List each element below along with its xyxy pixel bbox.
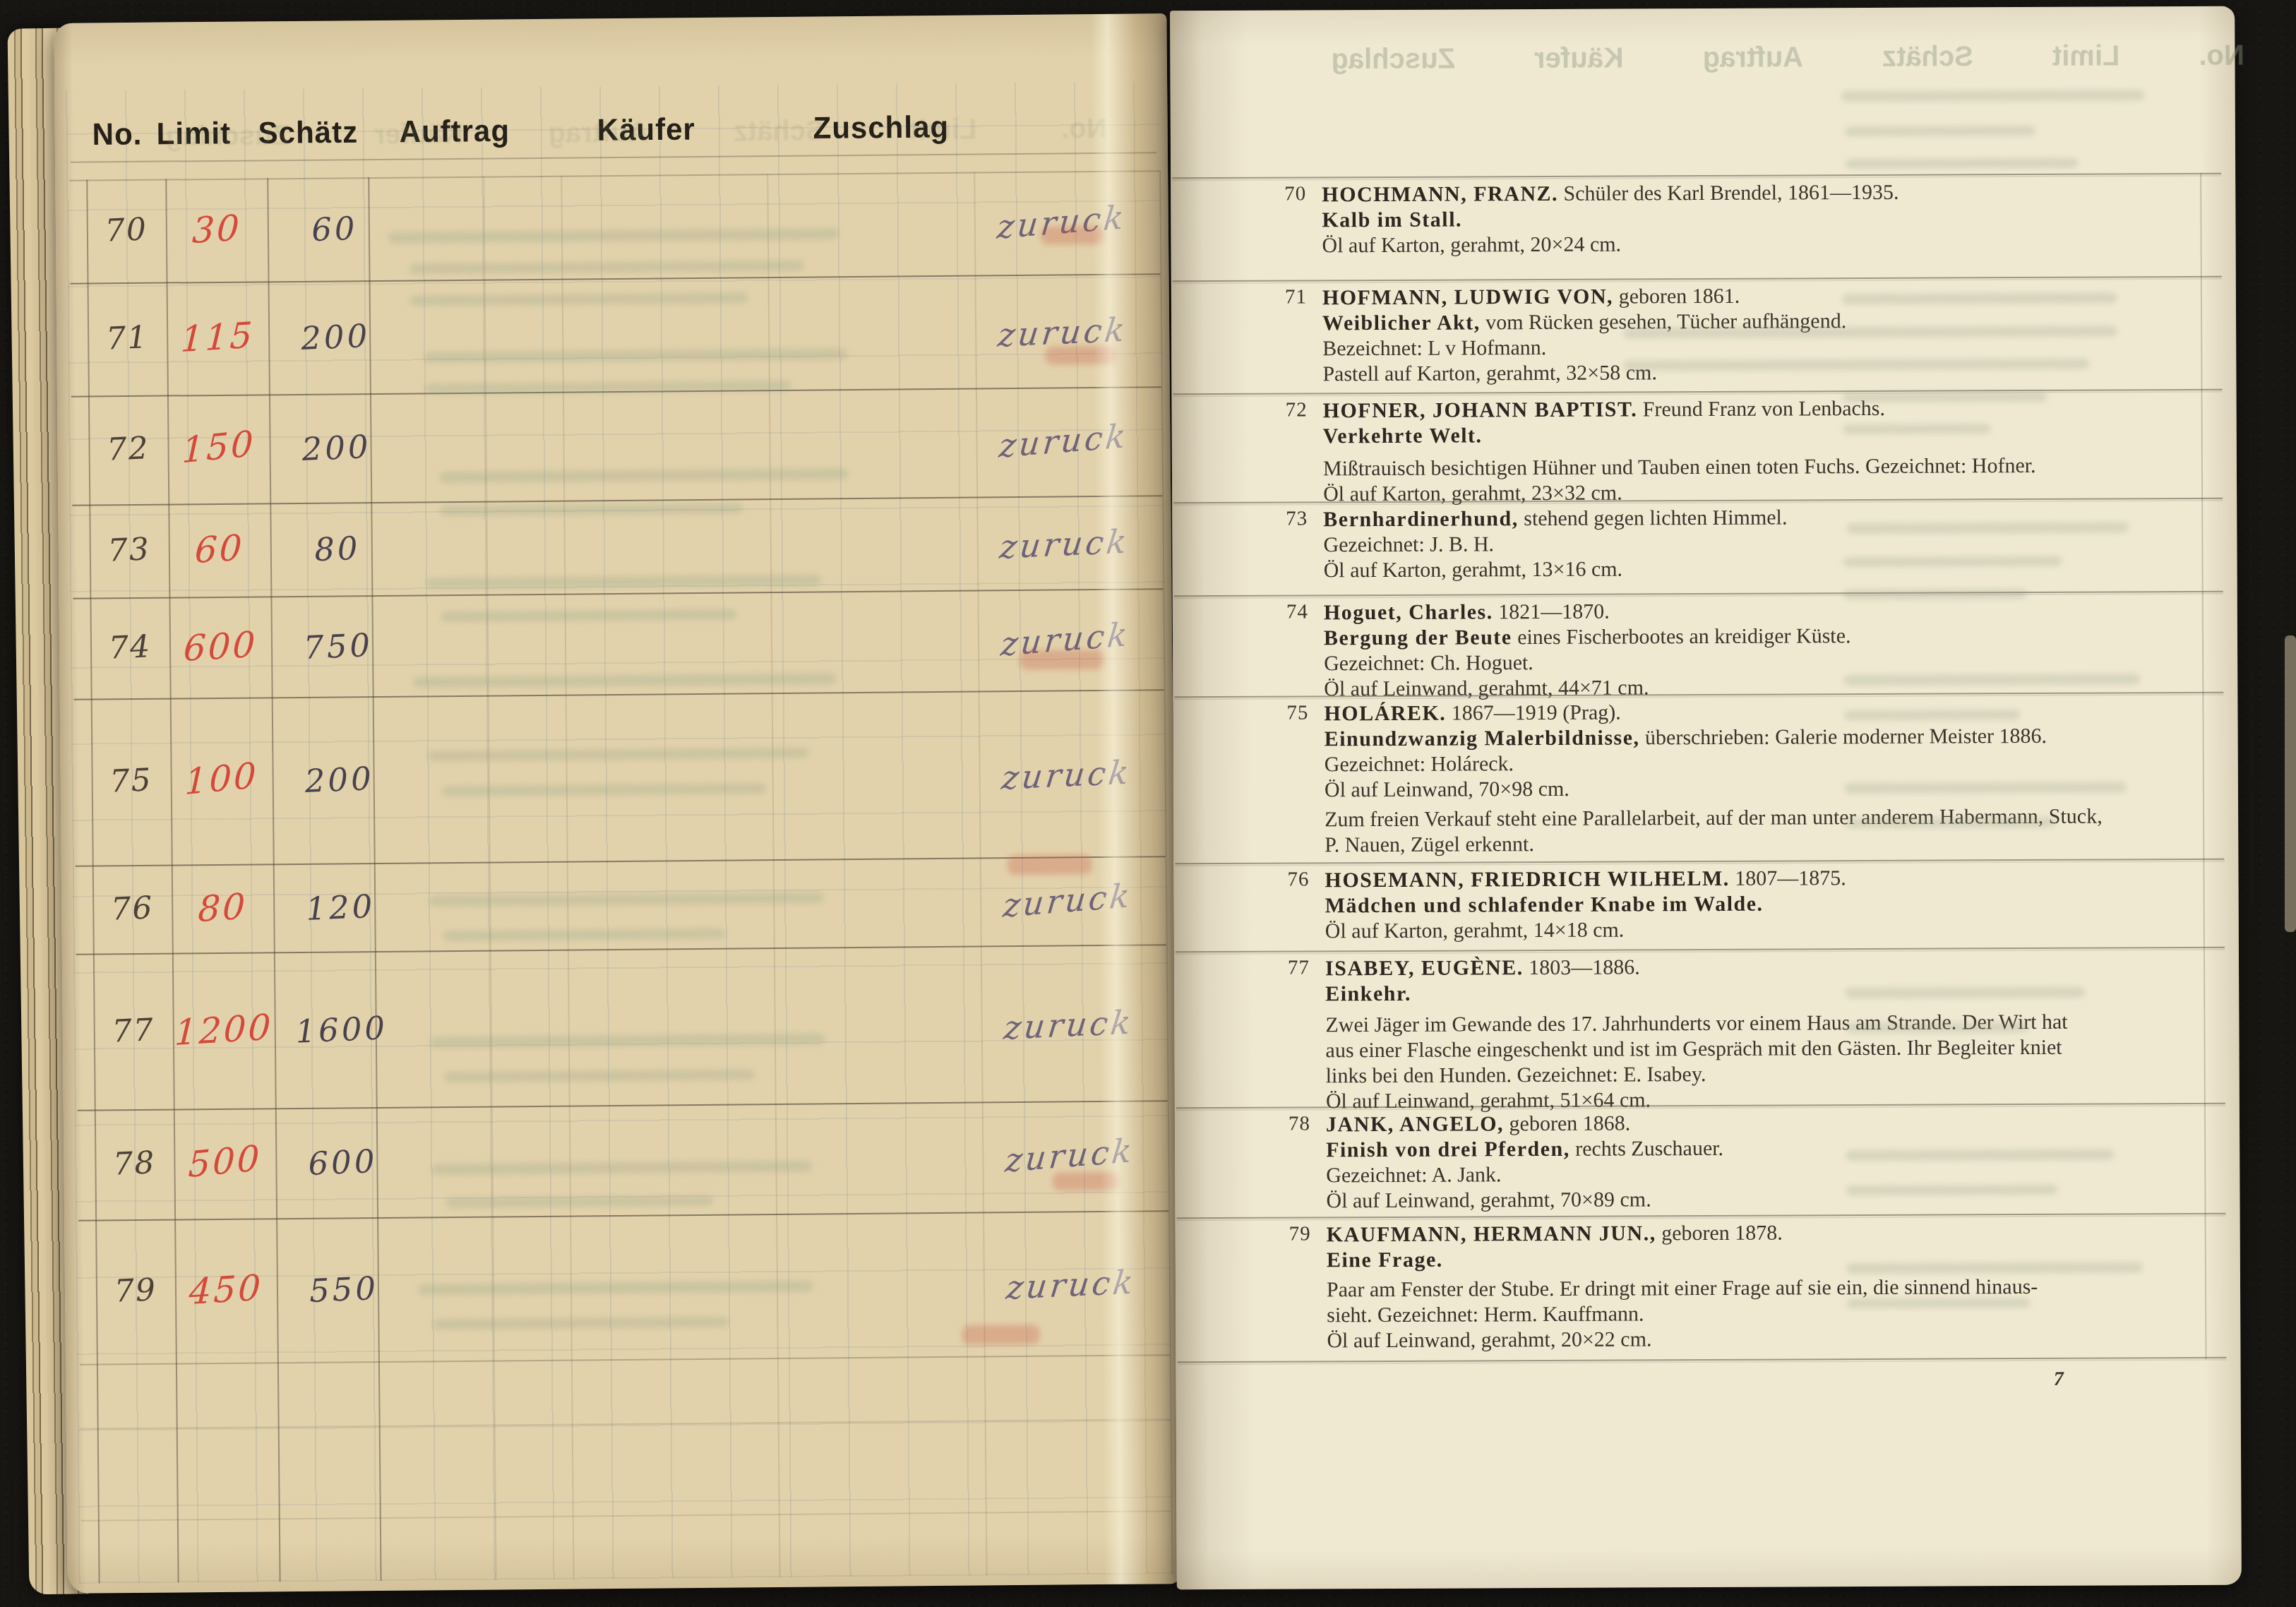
row-zuschlag-note: zuruck — [969, 752, 1164, 799]
entry-line-regular: Mißtrauisch besichtigen Hühner und Taube… — [1323, 454, 2036, 480]
entry-line: HOLÁREK. 1867—1919 (Prag). — [1324, 698, 2129, 727]
entry-line: Öl auf Karton, gerahmt, 23×32 cm. — [1323, 478, 2128, 507]
ruled-line — [1172, 173, 2221, 179]
entry-line-regular: Öl auf Leinwand, gerahmt, 51×64 cm. — [1326, 1088, 1651, 1113]
entry-line-bold: HOFNER, JOHANN BAPTIST. — [1323, 398, 1638, 422]
row-limit-value: 60 — [168, 525, 271, 573]
catalog-entry: 78 JANK, ANGELO, geboren 1868. Finish vo… — [1175, 1109, 2240, 1218]
row-no-value: 75 — [91, 761, 172, 801]
entry-line-regular: Zwei Jäger im Gewande des 17. Jahrhunder… — [1325, 1010, 2067, 1037]
entry-text: ISABEY, EUGÈNE. 1803—1886. Einkehr. Zwei… — [1325, 952, 2131, 1114]
next-page-edge — [2285, 635, 2296, 932]
entry-text: HOCHMANN, FRANZ. Schüler des Karl Brende… — [1322, 179, 2127, 258]
entry-line-bold: HOSEMANN, FRIEDRICH WILHELM. — [1325, 867, 1729, 892]
entry-line-regular: 1821—1870. — [1493, 600, 1610, 624]
entry-line: ISABEY, EUGÈNE. 1803—1886. — [1325, 952, 2130, 981]
entry-line: Mädchen und schlafender Knabe im Walde. — [1325, 890, 2130, 919]
entry-line-bold: ISABEY, EUGÈNE. — [1325, 956, 1524, 980]
bleedthrough-header-label: No. — [1061, 113, 1107, 145]
row-no-value: 77 — [93, 1011, 174, 1051]
entry-text: JANK, ANGELO, geboren 1868. Finish von d… — [1326, 1109, 2131, 1214]
catalog-entry: 71 HOFMANN, LUDWIG VON, geboren 1861. We… — [1171, 282, 2237, 394]
row-schaetz-value: 1600 — [274, 1008, 409, 1051]
ledger-row: 78 500 600 zuruck — [64, 1100, 1177, 1220]
column-header: Schätz — [258, 114, 358, 150]
entry-line: Paar am Fenster der Stube. Er dringt mit… — [1327, 1274, 2131, 1303]
entry-line: Kalb im Stall. — [1322, 204, 2127, 233]
entry-line-regular: stehend gegen lichten Himmel. — [1519, 506, 1788, 530]
ledger-row: 75 100 200 zuruck — [60, 689, 1174, 866]
entry-line: HOFMANN, LUDWIG VON, geboren 1861. — [1322, 282, 2127, 311]
entry-line-regular: Zum freien Verkauf steht eine Parallelar… — [1325, 805, 2103, 832]
row-zuschlag-note: zuruck — [967, 521, 1162, 568]
entry-line-regular: Öl auf Leinwand, 70×98 cm. — [1325, 777, 1569, 802]
page-number: 7 — [2031, 1368, 2087, 1391]
row-no-value: 71 — [87, 318, 167, 358]
entry-line-bold: Einkehr. — [1325, 982, 1411, 1006]
entry-number: 76 — [1264, 868, 1309, 891]
entry-line-bold: HOLÁREK. — [1324, 702, 1446, 726]
entry-line-regular: Öl auf Leinwand, gerahmt, 20×22 cm. — [1327, 1327, 1651, 1352]
bleedthrough-header-label: Limit — [2052, 40, 2120, 72]
column-header: No. — [92, 117, 142, 153]
entry-line-regular: überschrieben: Galerie moderner Meister … — [1639, 724, 2047, 750]
bleedthrough-mark — [1845, 126, 2035, 136]
entry-number: 73 — [1262, 507, 1308, 530]
entry-line: Gezeichnet: Holáreck. — [1325, 748, 2129, 777]
entry-line: Hoguet, Charles. 1821—1870. — [1324, 597, 2129, 626]
entry-line: Mißtrauisch besichtigen Hühner und Taube… — [1323, 453, 2128, 482]
catalog-entries: 70 HOCHMANN, FRANZ. Schüler des Karl Bre… — [1170, 6, 2235, 11]
row-schaetz-value: 200 — [268, 316, 403, 359]
column-header: Limit — [156, 116, 231, 152]
bleedthrough-header-label: Auftrag — [1703, 42, 1803, 74]
entry-number: 74 — [1263, 600, 1308, 623]
entry-number: 70 — [1261, 182, 1306, 205]
entry-number: 71 — [1262, 285, 1307, 309]
row-schaetz-value: 80 — [270, 527, 405, 570]
entry-line: Bernhardinerhund, stehend gegen lichten … — [1323, 503, 2128, 532]
entry-line: Bergung der Beute eines Fischerbootes an… — [1324, 622, 2129, 651]
entry-line-regular: Öl auf Karton, gerahmt, 20×24 cm. — [1322, 233, 1622, 258]
entry-line: Eine Frage. — [1327, 1244, 2131, 1273]
entry-number: 75 — [1263, 701, 1308, 724]
row-zuschlag-note: zuruck — [971, 1001, 1166, 1048]
row-no-value: 74 — [90, 628, 170, 667]
row-zuschlag-note: zuruck — [974, 1262, 1168, 1308]
catalog-entry: 75 HOLÁREK. 1867—1919 (Prag). Einundzwan… — [1173, 698, 2238, 864]
row-no-value: 72 — [88, 429, 169, 469]
entry-line-bold: Hoguet, Charles. — [1324, 600, 1493, 624]
bleedthrough-header-label: Schätz — [734, 115, 825, 148]
entry-line: Pastell auf Karton, gerahmt, 32×58 cm. — [1322, 358, 2127, 387]
ledger-row: 77 1200 1600 zuruck — [62, 944, 1176, 1110]
entry-text: KAUFMANN, HERMANN JUN., geboren 1878. Ei… — [1327, 1219, 2132, 1354]
catalog-entry: 76 HOSEMANN, FRIEDRICH WILHELM. 1807—187… — [1173, 864, 2238, 952]
row-zuschlag-note: zuruck — [965, 196, 1159, 249]
row-zuschlag-note: zuruck — [969, 612, 1162, 666]
entry-number: 72 — [1262, 398, 1308, 422]
entry-line-regular: Öl auf Leinwand, gerahmt, 70×89 cm. — [1326, 1188, 1651, 1212]
entry-line: HOCHMANN, FRANZ. Schüler des Karl Brende… — [1322, 179, 2127, 208]
ledger-row: 79 450 550 zuruck — [64, 1210, 1178, 1364]
entry-line: Öl auf Leinwand, gerahmt, 70×89 cm. — [1326, 1185, 2131, 1214]
row-schaetz-value: 60 — [267, 208, 402, 251]
entry-number: 77 — [1264, 956, 1310, 979]
row-limit-value: 450 — [174, 1266, 277, 1313]
row-limit-value: 80 — [171, 884, 274, 931]
row-zuschlag-note: zuruck — [967, 414, 1160, 467]
entry-line-regular: geboren 1861. — [1613, 285, 1740, 309]
entry-line-bold: Weiblicher Akt, — [1322, 311, 1481, 335]
row-no-value: 76 — [92, 889, 172, 928]
row-limit-value: 600 — [169, 623, 272, 670]
ruled-line — [81, 1510, 1171, 1521]
entry-line-regular: Gezeichnet: A. Jank. — [1326, 1163, 1501, 1187]
entry-line: Bezeichnet: L v Hofmann. — [1322, 333, 2127, 362]
catalog-entry: 72 HOFNER, JOHANN BAPTIST. Freund Franz … — [1172, 395, 2237, 503]
entry-line-regular: P. Nauen, Zügel erkennt. — [1325, 832, 1534, 856]
row-limit-value: 500 — [174, 1136, 276, 1187]
bleedthrough-header-right: No.LimitSchätzAuftragKäuferZuschlag — [1331, 40, 2244, 76]
catalog-entry: 79 KAUFMANN, HERMANN JUN., geboren 1878.… — [1176, 1219, 2241, 1362]
entry-text: HOFMANN, LUDWIG VON, geboren 1861. Weibl… — [1322, 282, 2128, 387]
entry-text: Hoguet, Charles. 1821—1870. Bergung der … — [1324, 597, 2129, 702]
bleedthrough-mark — [1845, 158, 2078, 169]
row-schaetz-value: 550 — [276, 1268, 412, 1311]
ruled-line — [80, 1418, 1171, 1429]
entry-line: Gezeichnet: A. Jank. — [1326, 1159, 2131, 1188]
entry-line: Verkehrte Welt. — [1323, 420, 2128, 449]
row-schaetz-value: 600 — [275, 1141, 410, 1184]
ledger-row: 74 600 750 zuruck — [59, 588, 1172, 699]
entry-line-regular: Öl auf Karton, gerahmt, 13×16 cm. — [1324, 558, 1623, 583]
entry-line-regular: 1807—1875. — [1730, 866, 1846, 890]
entry-line: Öl auf Karton, gerahmt, 20×24 cm. — [1322, 229, 2127, 258]
column-header: Zuschlag — [813, 109, 949, 146]
entry-line-regular: Freund Franz von Lenbachs. — [1637, 397, 1885, 422]
header-rule-line — [71, 152, 1156, 162]
row-schaetz-value: 200 — [272, 758, 407, 801]
catalog-rule-lines — [1170, 6, 2235, 11]
entry-line-bold: Finish von drei Pferden, — [1326, 1137, 1570, 1162]
row-schaetz-value: 200 — [269, 426, 405, 470]
entry-line-regular: 1803—1886. — [1524, 955, 1640, 979]
entry-line-regular: Paar am Fenster der Stube. Er dringt mit… — [1327, 1275, 2038, 1301]
ledger-column-headers: No.LimitSchätzAuftragKäuferZuschlag — [54, 13, 1166, 23]
entry-line-regular: aus einer Flasche eingeschenkt und ist i… — [1325, 1036, 2062, 1063]
entry-line-bold: KAUFMANN, HERMANN JUN., — [1327, 1221, 1656, 1246]
catalog-entry: 73 Bernhardinerhund, stehend gegen licht… — [1172, 503, 2237, 596]
row-no-value: 70 — [86, 210, 167, 250]
row-limit-value: 30 — [165, 205, 268, 253]
row-limit-value: 100 — [170, 753, 273, 804]
entry-text: HOSEMANN, FRIEDRICH WILHELM. 1807—1875. … — [1325, 864, 2129, 944]
ledger-rule-lines — [54, 13, 1166, 23]
entry-line-regular: Öl auf Leinwand, gerahmt, 44×71 cm. — [1324, 676, 1649, 700]
row-schaetz-value: 750 — [270, 624, 406, 667]
entry-line-regular: eines Fischerbootes an kreidiger Küste. — [1512, 624, 1851, 649]
entry-line-regular: Gezeichnet: Ch. Hoguet. — [1324, 651, 1533, 675]
row-zuschlag-note: zuruck — [971, 873, 1164, 927]
entry-line: Finish von drei Pferden, rechts Zuschaue… — [1326, 1134, 2131, 1163]
row-limit-value: 115 — [166, 313, 269, 361]
entry-text: Bernhardinerhund, stehend gegen lichten … — [1323, 503, 2128, 583]
row-zuschlag-note: zuruck — [973, 1128, 1166, 1182]
ledger-rows: 70 30 60 zuruck 71 115 200 zuruck 72 150… — [54, 13, 1166, 23]
entry-line: Einundzwanzig Malerbildnisse, überschrie… — [1325, 723, 2129, 752]
ledger-row: 76 80 120 zuruck — [61, 856, 1175, 954]
bleedthrough-mark — [1841, 90, 2145, 102]
entry-number: 78 — [1265, 1112, 1310, 1135]
entry-line-bold: HOCHMANN, FRANZ. — [1322, 182, 1558, 206]
entry-line: Gezeichnet: Ch. Hoguet. — [1324, 647, 2129, 676]
entry-line: sieht. Gezeichnet: Herm. Kauffmann. — [1327, 1299, 2131, 1328]
entry-line: Zwei Jäger im Gewande des 17. Jahrhunder… — [1325, 1009, 2130, 1038]
entry-line-regular: links bei den Hunden. Gezeichnet: E. Isa… — [1326, 1063, 1706, 1087]
entry-line-bold: JANK, ANGELO, — [1326, 1112, 1504, 1136]
entry-line-regular: Schüler des Karl Brendel, 1861—1935. — [1558, 181, 1899, 205]
entry-line-regular: Gezeichnet: J. B. H. — [1323, 532, 1494, 556]
row-no-value: 79 — [95, 1271, 176, 1310]
column-header: Käufer — [597, 112, 695, 148]
bleedthrough-header-label: Käufer — [1534, 42, 1624, 75]
row-limit-value: 1200 — [172, 1006, 275, 1053]
entry-line-regular: geboren 1868. — [1504, 1111, 1630, 1135]
entry-line-regular: Pastell auf Karton, gerahmt, 32×58 cm. — [1322, 361, 1657, 386]
row-no-value: 73 — [89, 530, 169, 570]
entry-line-bold: Verkehrte Welt. — [1323, 424, 1483, 448]
entry-line-bold: Bernhardinerhund, — [1323, 507, 1519, 531]
entry-line-regular: rechts Zuschauer. — [1570, 1137, 1724, 1161]
entry-line-bold: Eine Frage. — [1327, 1248, 1443, 1272]
ledger-row: 72 150 200 zuruck — [57, 386, 1171, 505]
entry-line: JANK, ANGELO, geboren 1868. — [1326, 1109, 2131, 1137]
entry-line-regular: geboren 1878. — [1656, 1221, 1783, 1245]
catalog-entry: 77 ISABEY, EUGÈNE. 1803—1886. Einkehr. Z… — [1174, 952, 2240, 1108]
entry-line-bold: HOFMANN, LUDWIG VON, — [1322, 285, 1613, 310]
entry-line-regular: Öl auf Karton, gerahmt, 14×18 cm. — [1325, 919, 1625, 943]
bleedthrough-header-label: No. — [2199, 40, 2244, 72]
entry-line: P. Nauen, Zügel erkennt. — [1325, 829, 2129, 858]
entry-line: KAUFMANN, HERMANN JUN., geboren 1878. — [1327, 1219, 2131, 1248]
catalog-page: No.LimitSchätzAuftragKäuferZuschlag 70 H… — [1170, 6, 2242, 1590]
ledger-row: 73 60 80 zuruck — [58, 495, 1171, 598]
entry-line: Zum freien Verkauf steht eine Parallelar… — [1325, 803, 2129, 832]
bleedthrough-header-label: Zuschlag — [1331, 44, 1455, 76]
bleedthrough-header-label: Schätz — [1882, 41, 1973, 73]
entry-line: Öl auf Leinwand, gerahmt, 20×22 cm. — [1327, 1325, 2131, 1354]
row-no-value: 78 — [94, 1144, 174, 1183]
entry-line: Weiblicher Akt, vom Rücken gesehen, Tüch… — [1322, 307, 2127, 336]
row-zuschlag-note: zuruck — [965, 309, 1160, 356]
entry-line-bold: Kalb im Stall. — [1322, 208, 1462, 232]
entry-line-bold: Mädchen und schlafender Knabe im Walde. — [1325, 892, 1764, 918]
entry-text: HOFNER, JOHANN BAPTIST. Freund Franz von… — [1323, 395, 2129, 507]
catalog-entry: 74 Hoguet, Charles. 1821—1870. Bergung d… — [1173, 597, 2238, 697]
column-header: Auftrag — [399, 113, 510, 149]
ledger-row: 71 115 200 zuruck — [56, 273, 1170, 396]
entry-line: aus einer Flasche eingeschenkt und ist i… — [1325, 1034, 2130, 1063]
entry-line: HOFNER, JOHANN BAPTIST. Freund Franz von… — [1323, 395, 2128, 424]
entry-line: HOSEMANN, FRIEDRICH WILHELM. 1807—1875. — [1325, 864, 2129, 893]
auction-ledger-photo: No.LimitSchätzAuftragKäuferZuschlag No.L… — [0, 0, 2296, 1607]
entry-line-bold: Einundzwanzig Malerbildnisse, — [1325, 726, 1640, 751]
catalog-entry: 70 HOCHMANN, FRANZ. Schüler des Karl Bre… — [1171, 179, 2236, 281]
row-schaetz-value: 120 — [273, 885, 408, 928]
entry-line-regular: vom Rücken gesehen, Tücher aufhängend. — [1481, 309, 1847, 334]
entry-line-regular: 1867—1919 (Prag). — [1446, 701, 1621, 725]
entry-line-regular: Bezeichnet: L v Hofmann. — [1322, 336, 1546, 360]
entry-text: HOLÁREK. 1867—1919 (Prag). Einundzwanzig… — [1324, 698, 2129, 858]
ledger-row: 70 30 60 zuruck — [55, 170, 1168, 283]
entry-line-bold: Bergung der Beute — [1324, 626, 1512, 650]
row-limit-value: 150 — [167, 422, 270, 472]
entry-line: Öl auf Karton, gerahmt, 13×16 cm. — [1324, 554, 2129, 583]
ledger-page: No.LimitSchätzAuftragKäuferZuschlag No.L… — [54, 13, 1180, 1594]
entry-line: Einkehr. — [1325, 978, 2130, 1007]
entry-line: links bei den Hunden. Gezeichnet: E. Isa… — [1326, 1060, 2131, 1089]
entry-line-regular: Gezeichnet: Holáreck. — [1325, 752, 1514, 776]
entry-line: Öl auf Leinwand, 70×98 cm. — [1325, 774, 2129, 803]
entry-line-regular: sieht. Gezeichnet: Herm. Kauffmann. — [1327, 1302, 1644, 1327]
entry-line: Gezeichnet: J. B. H. — [1323, 529, 2128, 558]
entry-line: Öl auf Karton, gerahmt, 14×18 cm. — [1325, 915, 2130, 944]
entry-number: 79 — [1266, 1222, 1311, 1245]
